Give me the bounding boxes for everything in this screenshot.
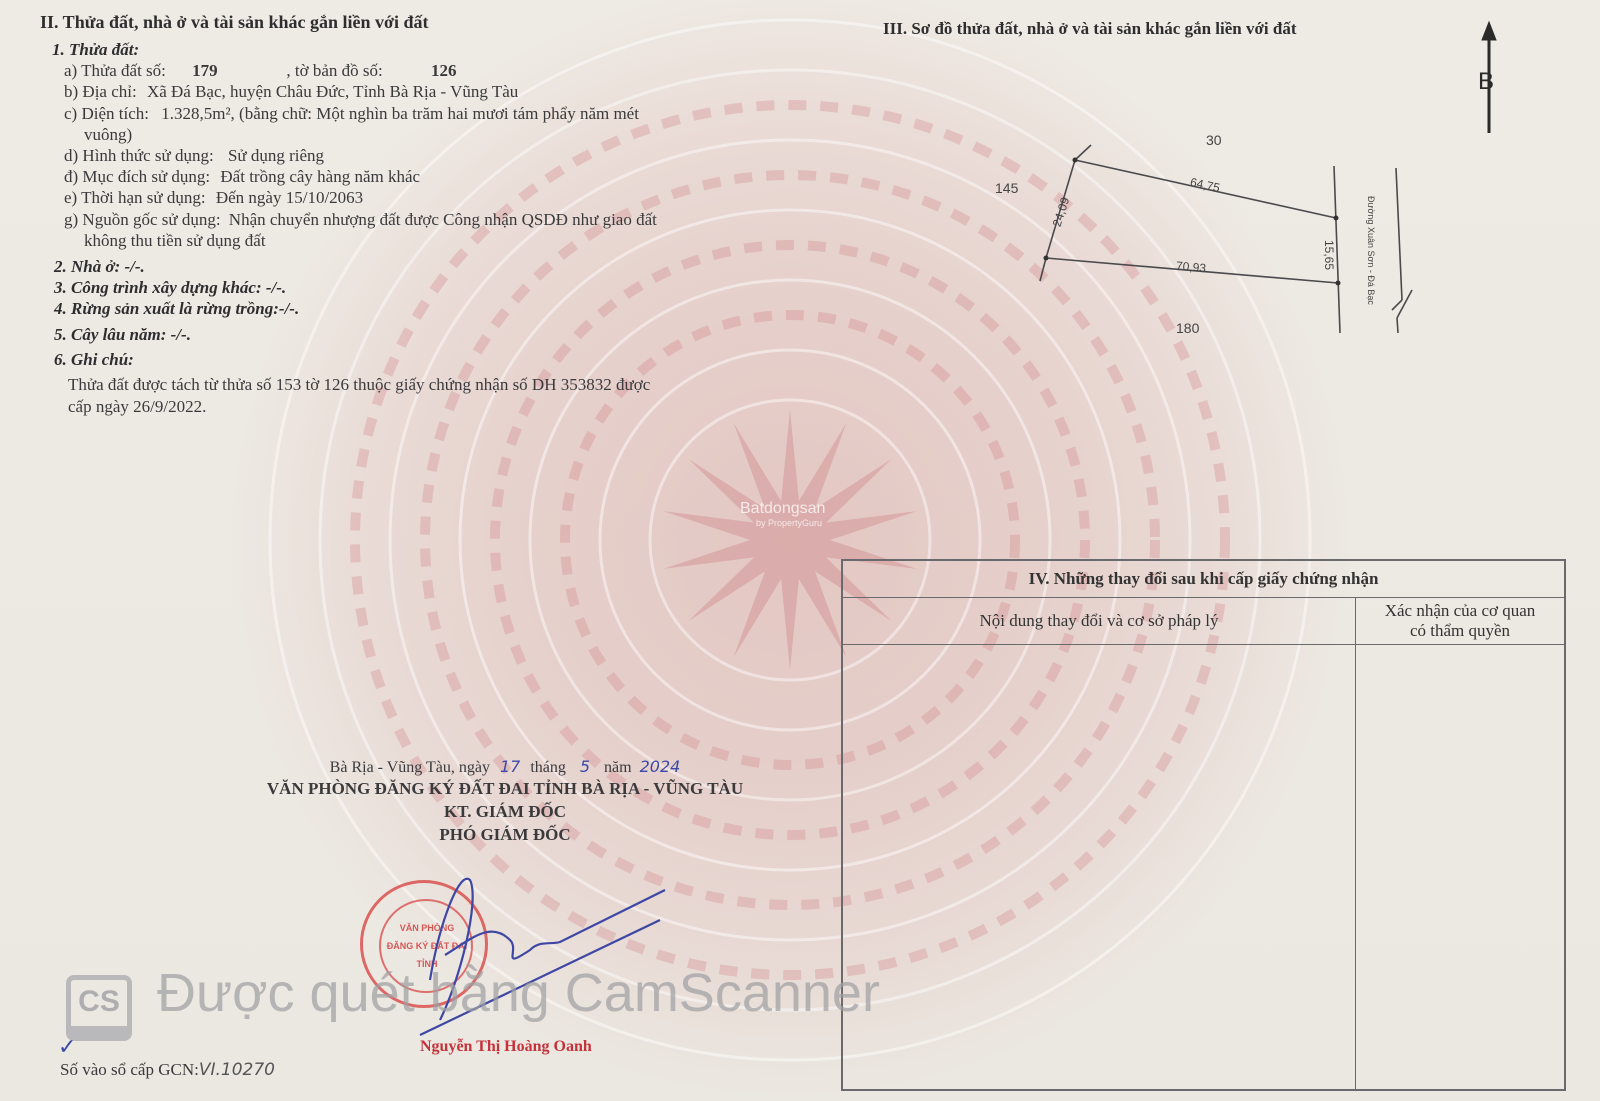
camscanner-logo: CS bbox=[66, 975, 132, 1041]
north-label: B bbox=[1478, 68, 1494, 96]
neighbor-west: 145 bbox=[995, 180, 1018, 196]
watermark-subtext: by PropertyGuru bbox=[756, 518, 825, 528]
issue-date-line: Bà Rịa - Vũng Tàu, ngày 17 tháng 5 năm 2… bbox=[225, 757, 785, 777]
issue-month: 5 bbox=[580, 757, 590, 776]
edge-right-length: 15,65 bbox=[1322, 240, 1336, 270]
gcn-value: VI.10270 bbox=[199, 1060, 275, 1080]
confirmation-line-2: có thẩm quyền bbox=[1410, 621, 1510, 640]
confirmation-line-1: Xác nhận của cơ quan bbox=[1385, 601, 1536, 620]
issue-year: 2024 bbox=[640, 757, 681, 776]
gcn-label: Số vào sổ cấp GCN: bbox=[60, 1060, 199, 1079]
year-label: năm bbox=[604, 759, 632, 776]
note-line-2: cấp ngày 26/9/2022. bbox=[68, 397, 206, 417]
gcn-register-line: Số vào sổ cấp GCN:VI.10270 bbox=[60, 1060, 275, 1080]
issuing-office: VĂN PHÒNG ĐĂNG KÝ ĐẤT ĐAI TỈNH BÀ RỊA - … bbox=[225, 779, 785, 799]
edge-bottom-length: 70,93 bbox=[1175, 259, 1206, 276]
changes-table: IV. Những thay đổi sau khi cấp giấy chứn… bbox=[841, 559, 1566, 1091]
signer-position: PHÓ GIÁM ĐỐC bbox=[225, 825, 785, 845]
parcel-boundary bbox=[1040, 145, 1412, 333]
neighbor-south: 180 bbox=[1176, 320, 1199, 336]
checkmark-icon: ✓ bbox=[58, 1034, 76, 1060]
camscanner-watermark: Được quét bằng CamScanner bbox=[157, 962, 880, 1024]
signature-block: Bà Rịa - Vũng Tàu, ngày 17 tháng 5 năm 2… bbox=[225, 757, 785, 845]
parcel-diagram bbox=[0, 0, 1600, 360]
month-label: tháng bbox=[530, 759, 566, 776]
place-prefix: Bà Rịa - Vũng Tàu, ngày bbox=[330, 759, 490, 776]
signer-name: Nguyễn Thị Hoàng Oanh bbox=[420, 1038, 592, 1056]
confirmation-cell bbox=[1356, 645, 1566, 1091]
on-behalf-of: KT. GIÁM ĐỐC bbox=[225, 802, 785, 822]
note-line-1: Thửa đất được tách từ thửa số 153 tờ 126… bbox=[68, 375, 650, 395]
column-header-confirmation: Xác nhận của cơ quan có thẩm quyền bbox=[1356, 598, 1566, 645]
neighbor-north: 30 bbox=[1206, 132, 1222, 148]
watermark-text: Batdongsan bbox=[740, 500, 825, 517]
camscanner-logo-text: CS bbox=[78, 985, 120, 1018]
road-name: Đường Xuân Sơn - Đá Bạc bbox=[1366, 196, 1376, 305]
changes-cell bbox=[842, 645, 1356, 1091]
issue-day: 17 bbox=[500, 757, 520, 776]
batdongsan-watermark: Batdongsan by PropertyGuru bbox=[740, 500, 825, 528]
section-4-title: IV. Những thay đổi sau khi cấp giấy chứn… bbox=[842, 560, 1565, 598]
column-header-changes: Nội dung thay đổi và cơ sở pháp lý bbox=[842, 598, 1356, 645]
